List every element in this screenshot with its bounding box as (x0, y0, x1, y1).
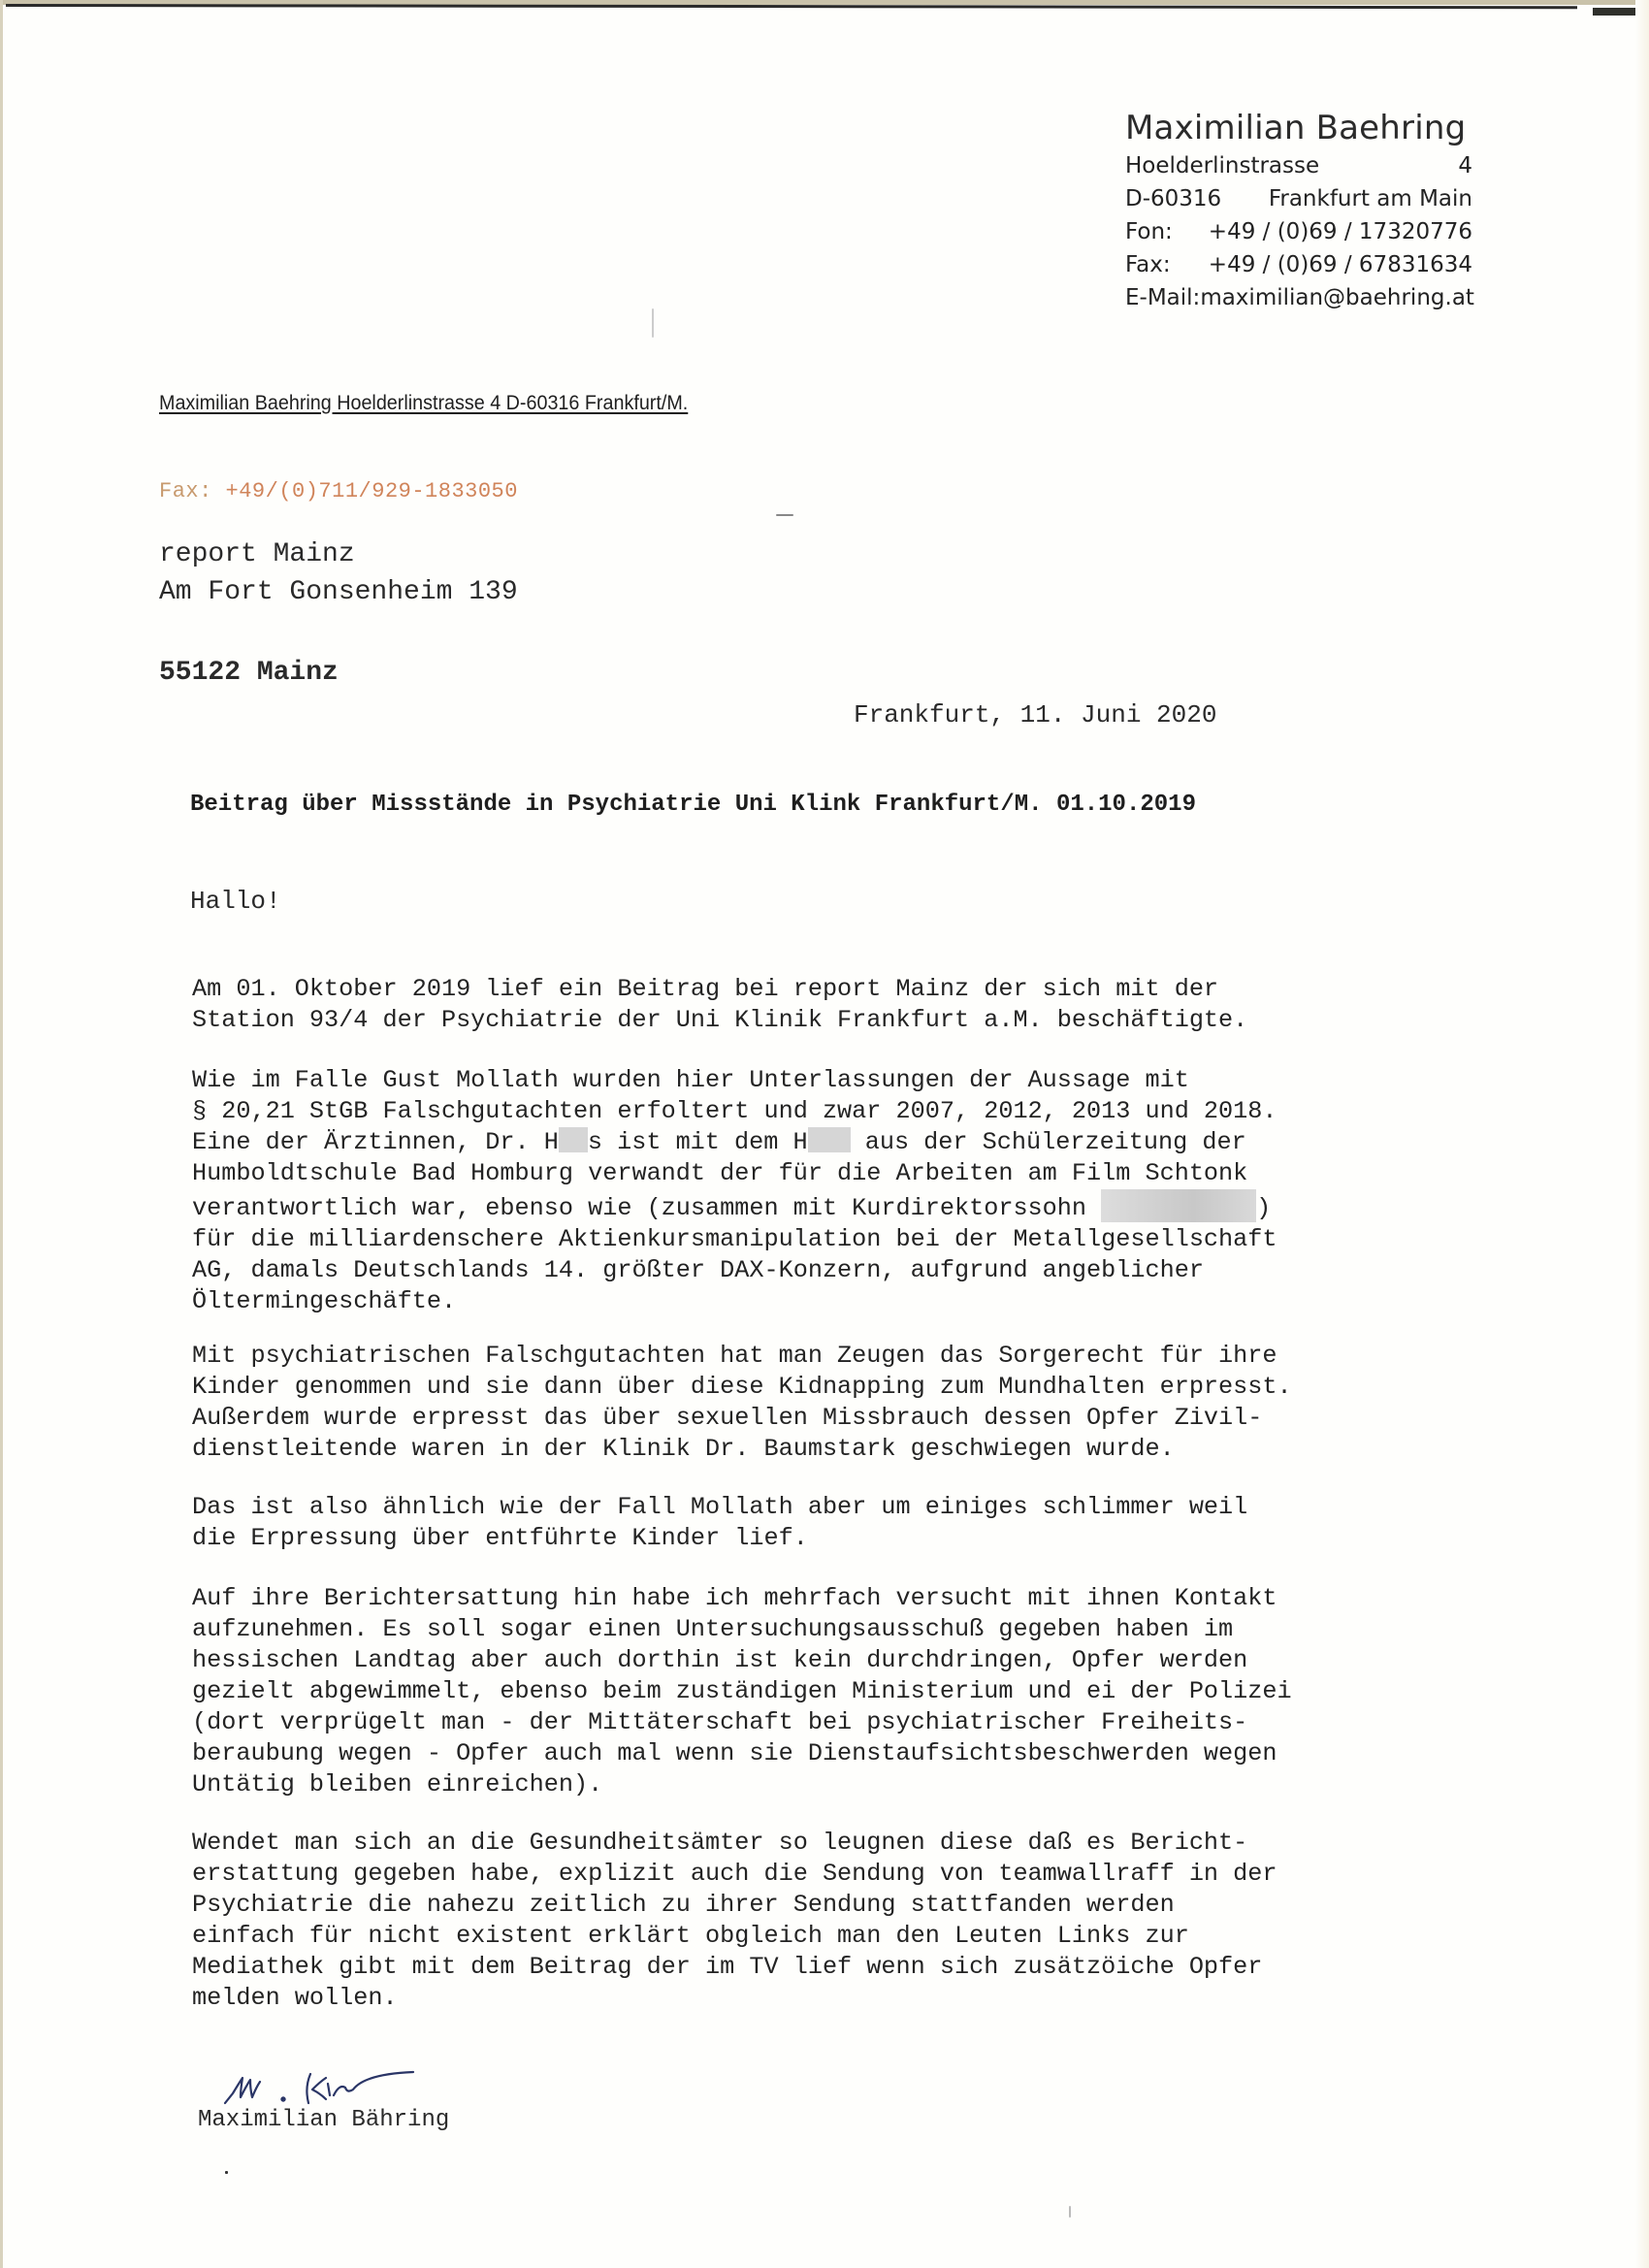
paragraph-6: Wendet man sich an die Gesundheitsämter … (192, 1828, 1414, 2014)
fax-label: Fax: (1125, 248, 1209, 281)
recipient-address: report Mainz Am Fort Gonsenheim 139 5512… (159, 535, 518, 692)
paragraph-3: Mit psychiatrischen Falschgutachten hat … (192, 1341, 1414, 1465)
scan-speck (225, 2171, 228, 2174)
paragraph-line: für die milliardenschere Aktienkursmanip… (192, 1224, 1414, 1255)
recipient-fax-label: Fax: (159, 479, 212, 503)
scan-edge-right (1635, 0, 1649, 2268)
paragraph-line: Eine der Ärztinnen, Dr. Hs ist mit dem H… (192, 1127, 1414, 1158)
letter-date: Frankfurt, 11. Juni 2020 (854, 700, 1216, 729)
paragraph-line: Am 01. Oktober 2019 lief ein Beitrag bei… (192, 974, 1414, 1005)
sender-return-address: Maximilian Baehring Hoelderlinstrasse 4 … (159, 392, 688, 415)
text-fragment: aus der Schülerzeitung der (851, 1128, 1246, 1156)
letterhead-postal-code: D-60316 (1125, 182, 1221, 215)
paragraph-line: Außerdem wurde erpresst das über sexuell… (192, 1403, 1414, 1434)
letterhead-city-row: D-60316 Frankfurt am Main (1125, 182, 1472, 215)
recipient-name: report Mainz (159, 535, 518, 573)
fax-number: +49 / (0)69 / 67831634 (1209, 248, 1472, 281)
recipient-zip-city: 55122 Mainz (159, 654, 518, 692)
paragraph-5: Auf ihre Berichtersattung hin habe ich m… (192, 1583, 1414, 1800)
letterhead: Maximilian Baehring Hoelderlinstrasse 4 … (1125, 107, 1472, 314)
scan-edge-left (0, 0, 3, 2268)
redaction-block (1101, 1189, 1256, 1222)
paragraph-line: hessischen Landtag aber auch dorthin ist… (192, 1645, 1414, 1676)
paragraph-line: Auf ihre Berichtersattung hin habe ich m… (192, 1583, 1414, 1614)
text-fragment: ) (1256, 1194, 1271, 1222)
paragraph-1: Am 01. Oktober 2019 lief ein Beitrag bei… (192, 974, 1414, 1036)
paragraph-2: Wie im Falle Gust Mollath wurden hier Un… (192, 1065, 1414, 1317)
letterhead-city: Frankfurt am Main (1269, 182, 1472, 215)
scan-speck (652, 308, 654, 338)
paragraph-line: Kinder genommen und sie dann über diese … (192, 1372, 1414, 1403)
phone-label: Fon: (1125, 215, 1209, 248)
paragraph-line: (dort verprügelt man - der Mittäterschaf… (192, 1707, 1414, 1738)
paragraph-4: Das ist also ähnlich wie der Fall Mollat… (192, 1492, 1414, 1554)
letterhead-phone-row: Fon: +49 / (0)69 / 17320776 (1125, 215, 1472, 248)
recipient-fax-number: +49/(0)711/929-1833050 (226, 479, 518, 503)
paragraph-line: § 20,21 StGB Falschgutachten erfoltert u… (192, 1096, 1414, 1127)
paragraph-line: Untätig bleiben einreichen). (192, 1769, 1414, 1800)
redaction-block (808, 1127, 851, 1152)
letter-subject: Beitrag über Missstände in Psychiatrie U… (190, 792, 1196, 818)
signer-name: Maximilian Bähring (198, 2107, 449, 2133)
scan-speck (1069, 2206, 1071, 2218)
paragraph-line: AG, damals Deutschlands 14. größter DAX-… (192, 1255, 1414, 1286)
recipient-fax-line: Fax: +49/(0)711/929-1833050 (159, 479, 518, 503)
text-fragment: s ist mit dem H (588, 1128, 808, 1156)
paragraph-line: gezielt abgewimmelt, ebenso beim zuständ… (192, 1676, 1414, 1707)
email-label: E-Mail: (1125, 281, 1200, 314)
paragraph-line: Öltermingeschäfte. (192, 1286, 1414, 1317)
letterhead-street-row: Hoelderlinstrasse 4 (1125, 149, 1472, 182)
paragraph-line: Humboldtschule Bad Homburg verwandt der … (192, 1158, 1414, 1189)
text-fragment: Eine der Ärztinnen, Dr. H (192, 1128, 559, 1156)
paragraph-line: melden wollen. (192, 1983, 1414, 2014)
letterhead-fax-row: Fax: +49 / (0)69 / 67831634 (1125, 248, 1472, 281)
paragraph-line: dienstleitende waren in der Klinik Dr. B… (192, 1434, 1414, 1465)
letterhead-house-number: 4 (1458, 149, 1472, 182)
redaction-block (559, 1127, 588, 1152)
paragraph-line: beraubung wegen - Opfer auch mal wenn si… (192, 1738, 1414, 1769)
letterhead-email-row: E-Mail: maximilian@baehring.at (1125, 281, 1472, 314)
paragraph-line: Mediathek gibt mit dem Beitrag der im TV… (192, 1952, 1414, 1983)
text-fragment: verantwortlich war, ebenso wie (zusammen… (192, 1194, 1101, 1222)
letter-greeting: Hallo! (190, 887, 281, 916)
paragraph-line: Wendet man sich an die Gesundheitsämter … (192, 1828, 1414, 1859)
recipient-street: Am Fort Gonsenheim 139 (159, 573, 518, 611)
paragraph-line: Wie im Falle Gust Mollath wurden hier Un… (192, 1065, 1414, 1096)
scan-speck (776, 514, 793, 516)
paragraph-line: Mit psychiatrischen Falschgutachten hat … (192, 1341, 1414, 1372)
letterhead-street: Hoelderlinstrasse (1125, 149, 1319, 182)
paragraph-line: Station 93/4 der Psychiatrie der Uni Kli… (192, 1005, 1414, 1036)
paragraph-line: verantwortlich war, ebenso wie (zusammen… (192, 1189, 1414, 1224)
paragraph-line: erstattung gegeben habe, explizit auch d… (192, 1859, 1414, 1890)
paragraph-line: Das ist also ähnlich wie der Fall Mollat… (192, 1492, 1414, 1523)
email-address: maximilian@baehring.at (1200, 281, 1474, 314)
paragraph-line: einfach für nicht existent erklärt obgle… (192, 1921, 1414, 1952)
paragraph-line: Psychiatrie die nahezu zeitlich zu ihrer… (192, 1890, 1414, 1921)
letterhead-name: Maximilian Baehring (1125, 107, 1472, 149)
phone-number: +49 / (0)69 / 17320776 (1209, 215, 1472, 248)
paragraph-line: die Erpressung über entführte Kinder lie… (192, 1523, 1414, 1554)
paragraph-line: aufzunehmen. Es soll sogar einen Untersu… (192, 1614, 1414, 1645)
